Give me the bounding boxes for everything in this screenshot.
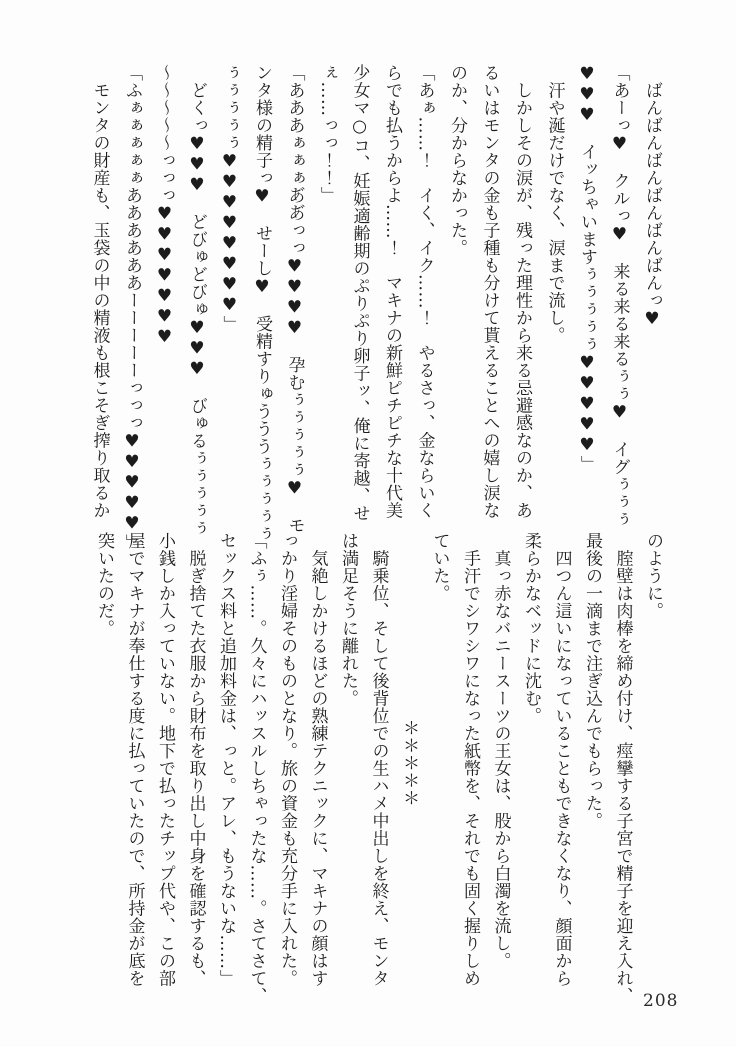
text-line: らでも払うからよ……！ マキナの新鮮ピチピチな十代美: [376, 64, 409, 526]
text-line: ていた。: [424, 532, 455, 994]
text-line: のように。: [638, 532, 669, 994]
text-line: ♥♥♥ イッちゃいますぅぅぅぅぅ♥♥♥♥♥」: [571, 64, 604, 526]
text-line: 「ふぁぁぁぁぁああああああーーーーーっっっ♥♥♥♥♥」: [116, 64, 149, 526]
text-line: 「あああぁぁぁあ゙あ゙っっ♥♥♥♥ 孕むぅぅぅぅぅ♥ モ: [278, 64, 311, 526]
text-line: ばんばんばんばんばんばんっ♥: [636, 64, 669, 526]
text-line: 小銭しか入っていない。地下で払ったチップ代や、この部: [150, 532, 181, 994]
text-line: 汗や涎だけでなく、涙まで流し。: [538, 64, 571, 526]
text-line: は満足そうに離れた。: [333, 532, 364, 994]
text-line: っかり淫婦そのものとなり。旅の資金も充分手に入れた。: [272, 532, 303, 994]
text-line: セックス料と追加料金は、っと。アレ、もうないな……」: [211, 532, 242, 994]
text-line: 騎乗位、そして後背位での生ハメ中出しを終え、モンタ: [363, 532, 394, 994]
text-block-bottom: のように。 腟壁は肉棒を締め付け、痙攣する子宮で精子を迎え入れ、 最後の一滴まで…: [89, 532, 669, 994]
text-line: のか、分からなかった。: [441, 64, 474, 526]
text-line: 屋でマキナが奉仕する度に払っていたので、所持金が底を: [119, 532, 150, 994]
text-line: モンタの財産も、玉袋の中の精液も根こそぎ搾り取るか: [83, 64, 116, 526]
text-line: るいはモンタの金も子種も分けて貰えることへの嬉し涙な: [473, 64, 506, 526]
text-line: 「あぁ……！ イく、イク……！ やるさっ、金ならいく: [408, 64, 441, 526]
text-line: ぇ……っっ！！」: [311, 64, 344, 526]
text-line: 少女マ○コ、妊娠適齢期のぷりぷり卵子ッ、俺に寄越、せ: [343, 64, 376, 526]
text-line: 脱ぎ捨てた衣服から財布を取り出し中身を確認するも、: [180, 532, 211, 994]
text-line: 「ふぅ……。久々にハッスルしちゃったな……。さてさて、: [241, 532, 272, 994]
text-line: しかしその涙が、残った理性から来る忌避感なのか、あ: [506, 64, 539, 526]
text-block-top: ばんばんばんばんばんばんっ♥ 「あーっ♥ クルっ♥ 来る来る来るぅぅ♥ イグぅぅ…: [83, 64, 668, 526]
section-divider: ＊＊＊＊＊: [394, 532, 425, 994]
text-line: ンタ様の精子っ♥ せーし♥ 受精すりゅうううぅぅぅぅぅ: [246, 64, 279, 526]
text-line: 四つん這いになっていることもできなくなり、顔面から: [546, 532, 577, 994]
text-line: 「あーっ♥ クルっ♥ 来る来る来るぅぅ♥ イグぅぅぅ: [603, 64, 636, 526]
text-line: 手汗でシワシワになった紙幣を、それでも固く握りしめ: [455, 532, 486, 994]
book-page: ばんばんばんばんばんばんっ♥ 「あーっ♥ クルっ♥ 来る来る来るぅぅ♥ イグぅぅ…: [0, 0, 736, 1047]
text-line: 柔らかなベッドに沈む。: [516, 532, 547, 994]
text-line: 腟壁は肉棒を締め付け、痙攣する子宮で精子を迎え入れ、: [607, 532, 638, 994]
text-line: 最後の一滴まで注ぎ込んでもらった。: [577, 532, 608, 994]
text-line: どくっ♥♥♥ どびゅどびゅ♥♥♥ びゅるぅぅぅぅぅ: [181, 64, 214, 526]
text-line: 気絶しかけるほどの熟練テクニックに、マキナの顔はす: [302, 532, 333, 994]
text-line: ぅぅぅぅぅ♥♥♥♥♥♥♥♥」: [213, 64, 246, 526]
page-number: 208: [643, 991, 678, 1011]
text-line: 突いたのだ。: [89, 532, 120, 994]
text-line: 真っ赤なバニースーツの王女は、股から白濁を流し。: [485, 532, 516, 994]
text-line: 〜〜〜〜〜っっっ♥♥♥♥♥♥♥: [148, 64, 181, 526]
